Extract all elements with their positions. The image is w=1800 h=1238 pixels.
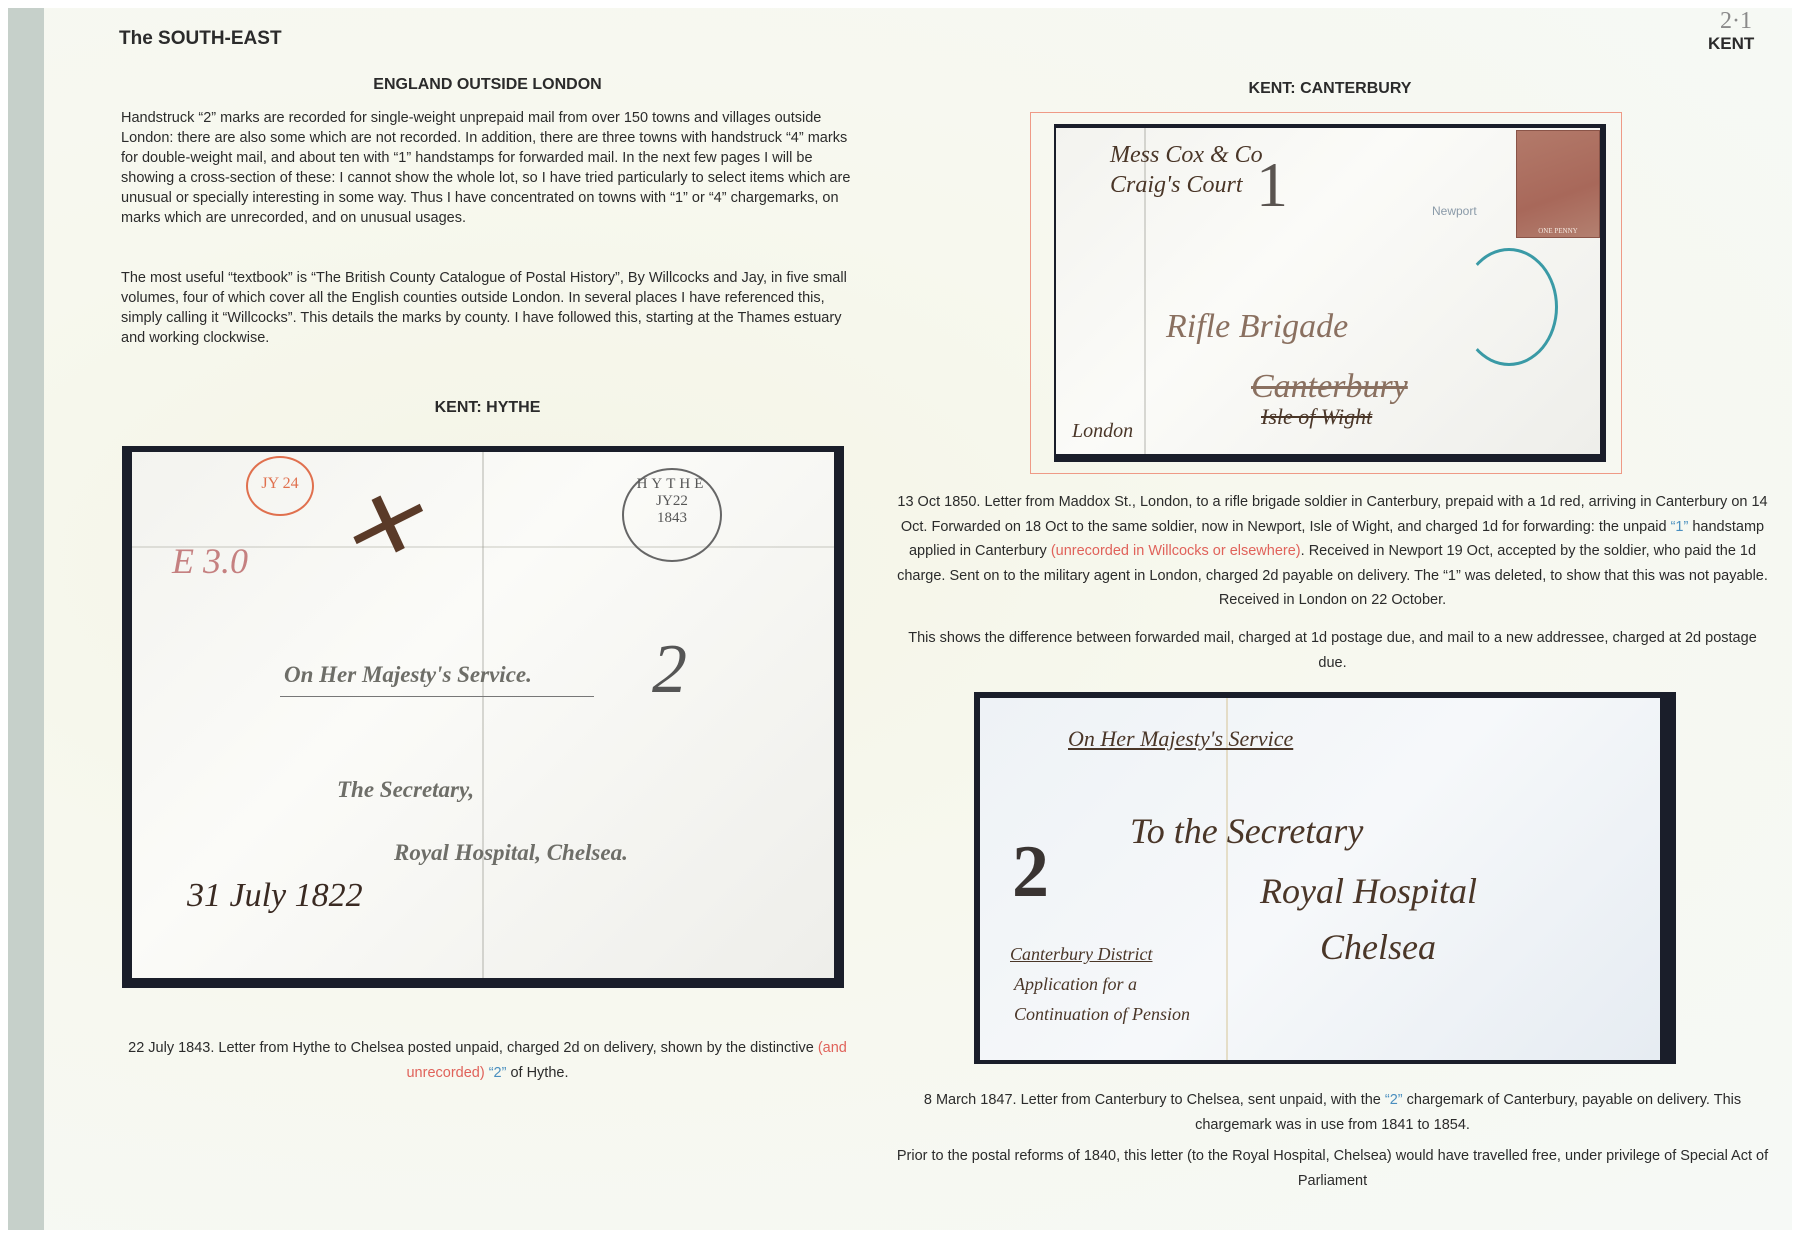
- addressee-line-2: Royal Hospital: [1260, 870, 1477, 912]
- intro-heading: ENGLAND OUTSIDE LONDON: [120, 76, 855, 94]
- canterbury-caption-3: 8 March 1847. Letter from Canterbury to …: [895, 1088, 1770, 1137]
- cross-mark: ✕: [332, 465, 428, 583]
- ohms-manuscript: On Her Majesty's Service: [1068, 726, 1293, 752]
- manuscript-date: 31 July 1822: [187, 877, 363, 915]
- intro-paragraph-2: The most useful “textbook” is “The Briti…: [121, 268, 856, 348]
- canterbury-chargemark-1: 1: [1256, 148, 1288, 222]
- address-line-2: Craig's Court: [1110, 172, 1243, 199]
- section-title: The SOUTH-EAST: [119, 28, 282, 50]
- newport-annotation: Newport: [1432, 204, 1477, 218]
- hythe-caption: 22 July 1843. Letter from Hythe to Chels…: [115, 1036, 860, 1085]
- canterbury-heading: KENT: CANTERBURY: [1030, 80, 1630, 98]
- docket-line-3: Continuation of Pension: [1014, 1004, 1190, 1025]
- hythe-heading: KENT: HYTHE: [120, 399, 855, 417]
- canterbury-chargemark-2: 2: [1012, 830, 1049, 915]
- manuscript-ref: E 3.0: [172, 540, 248, 582]
- docket-line-1: Canterbury District: [1010, 944, 1153, 965]
- canterbury-caption-1: 13 Oct 1850. Letter from Maddox St., Lon…: [895, 490, 1770, 613]
- page-number: 2·1: [1720, 8, 1752, 35]
- canterbury-caption-2: This shows the difference between forwar…: [900, 626, 1765, 675]
- page-binding-edge: [8, 8, 44, 1230]
- penny-red-stamp: ONE PENNY: [1516, 130, 1600, 238]
- printed-ohms: On Her Majesty's Service.: [284, 662, 532, 688]
- addressee-line-3: Chelsea: [1320, 926, 1436, 968]
- hythe-chargemark-2: 2: [652, 630, 687, 710]
- docket-line-2: Application for a: [1014, 974, 1137, 995]
- address-line-4: Canterbury: [1251, 368, 1408, 406]
- printed-addressee: The Secretary,: [337, 777, 474, 803]
- addressee-line-1: To the Secretary: [1130, 810, 1363, 852]
- county-label: KENT: [1708, 34, 1754, 54]
- printed-address: Royal Hospital, Chelsea.: [394, 840, 628, 866]
- canterbury-datestamp: [1460, 248, 1558, 366]
- intro-paragraph-1: Handstruck “2” marks are recorded for si…: [121, 108, 856, 228]
- address-line-1: Mess Cox & Co: [1110, 142, 1263, 169]
- address-line-6: London: [1072, 420, 1133, 443]
- hythe-datestamp: HYTHE JY22 1843: [622, 468, 722, 562]
- address-line-5: Isle of Wight: [1261, 404, 1372, 430]
- canterbury-caption-4: Prior to the postal reforms of 1840, thi…: [895, 1144, 1770, 1193]
- address-line-3: Rifle Brigade: [1166, 308, 1348, 346]
- red-datestamp: JY 24: [246, 456, 314, 516]
